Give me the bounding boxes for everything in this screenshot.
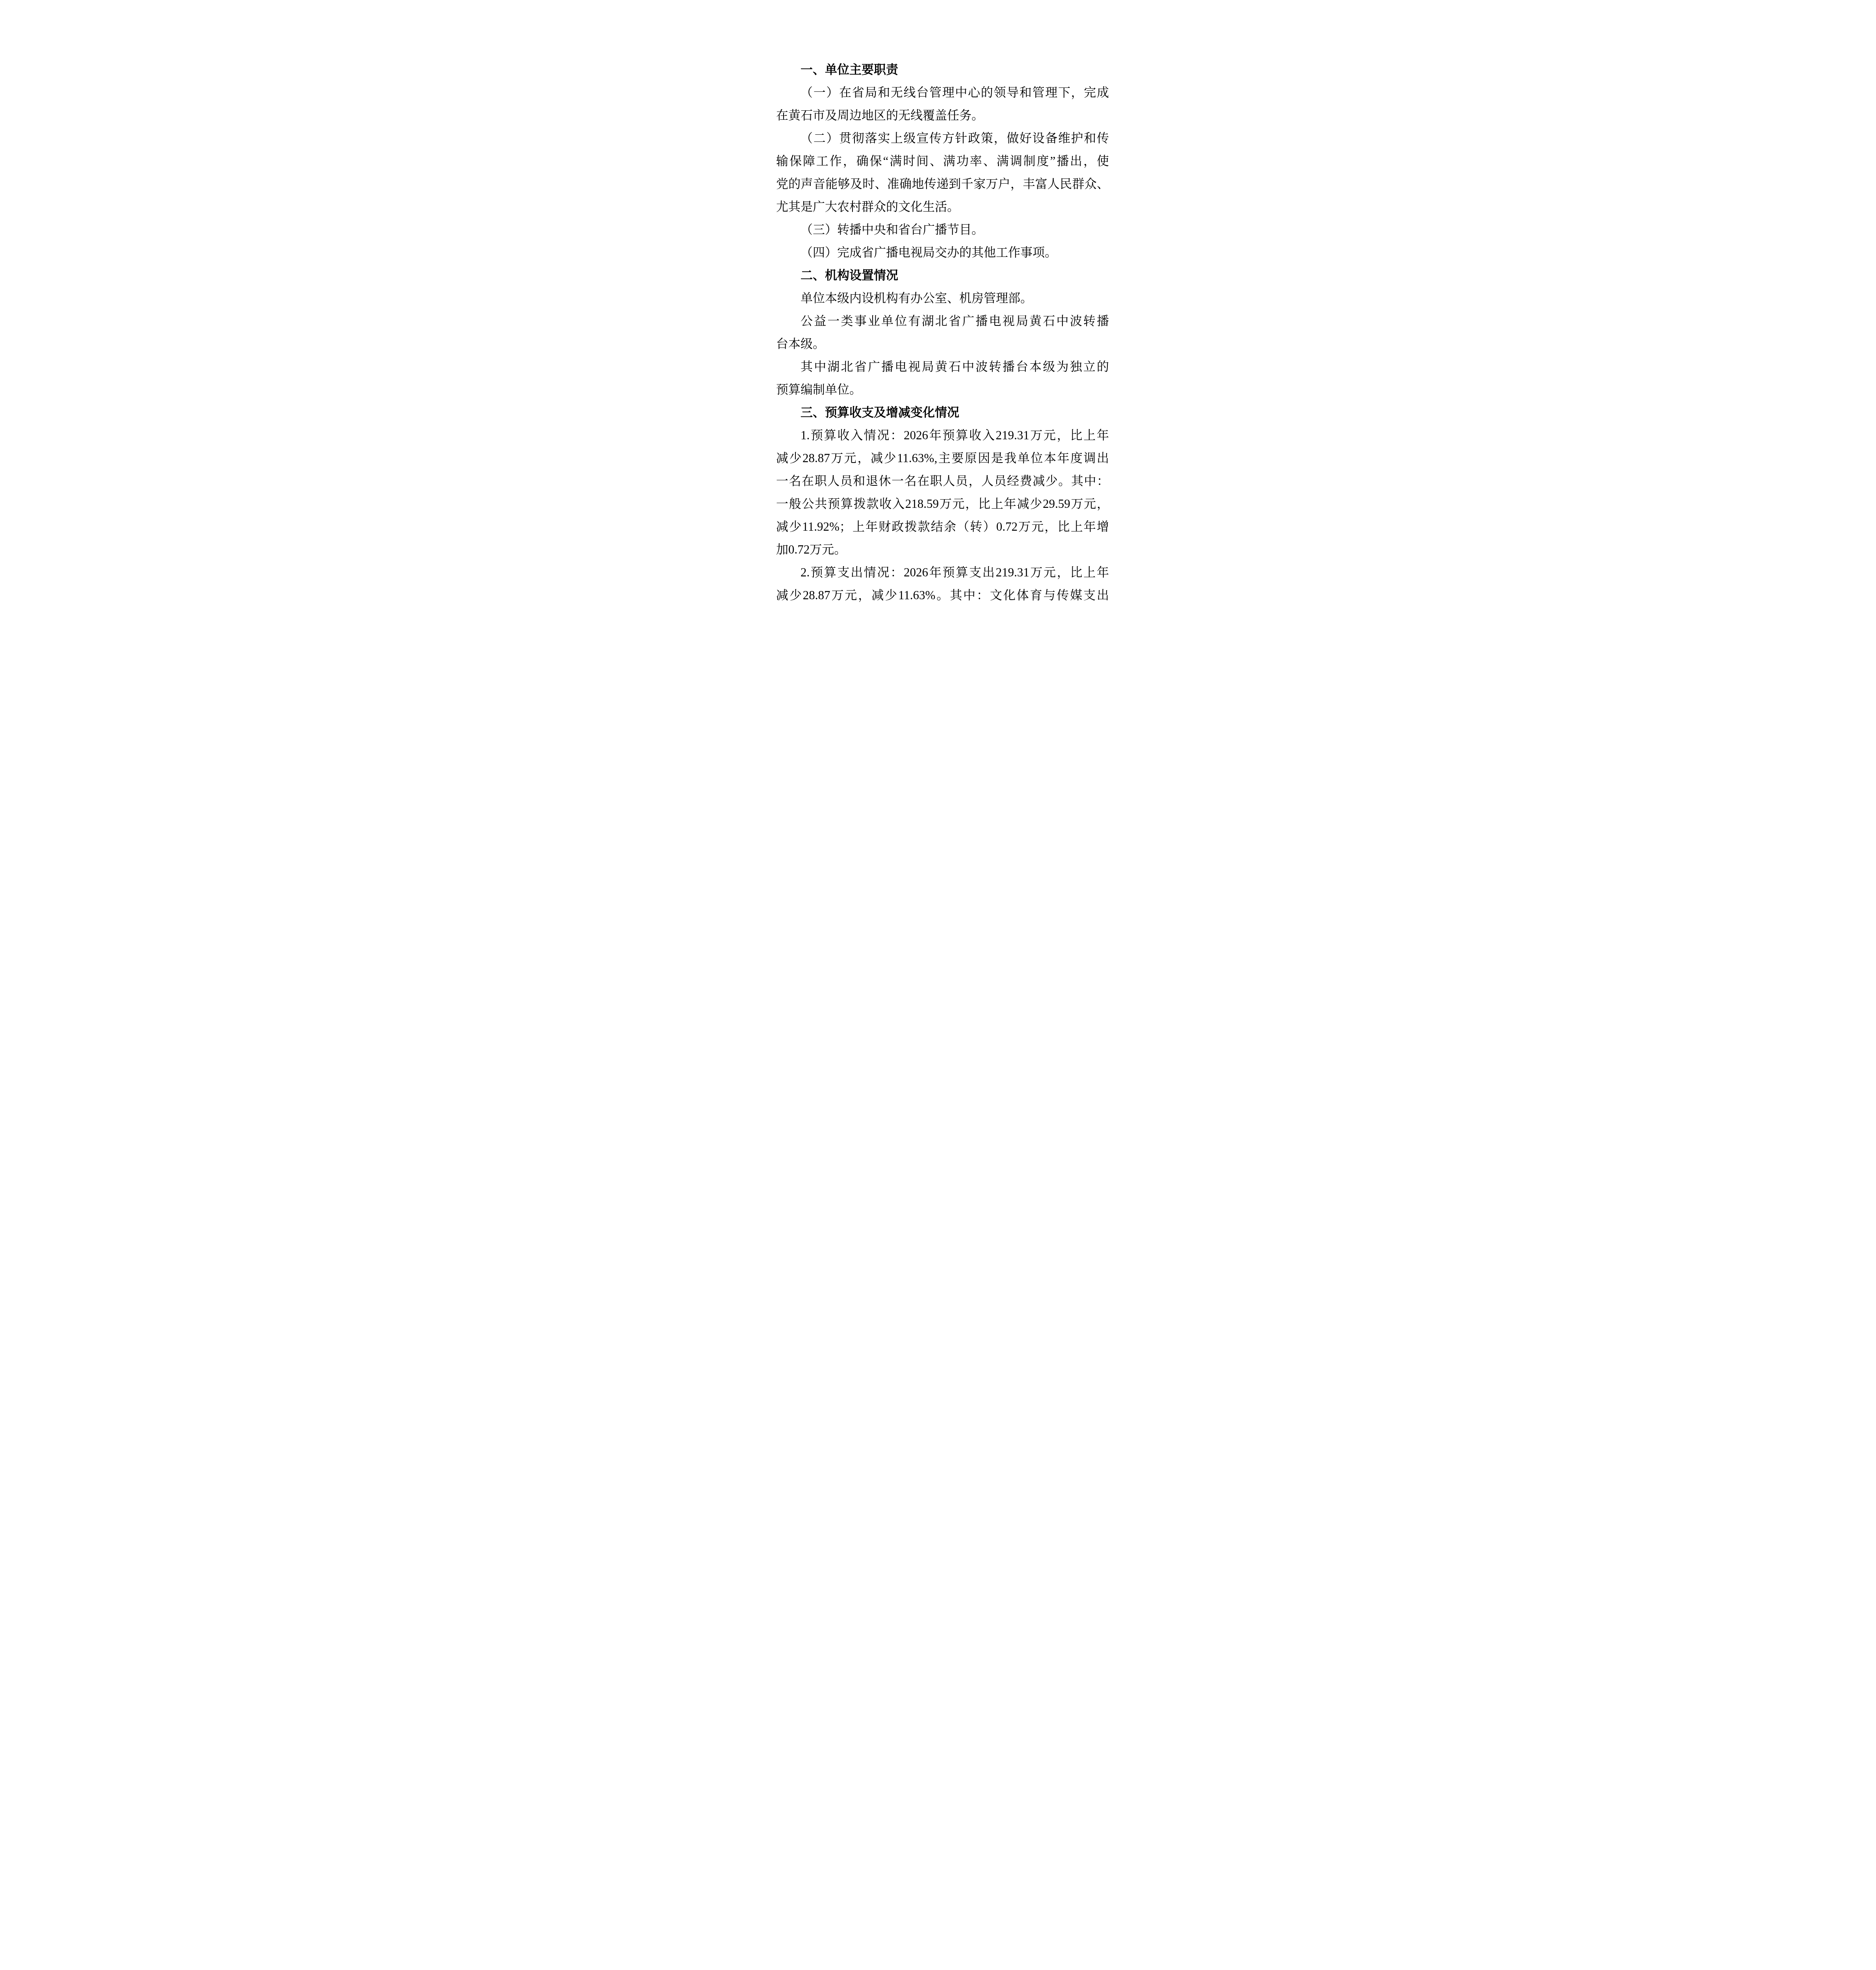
- document-text-line: 减少11.92%；上年财政拨款结余（转）0.72万元，比上年增: [776, 515, 1109, 538]
- document-text-line: 1.预算收入情况：2026年预算收入219.31万元，比上年: [776, 424, 1109, 447]
- document-text-line: （三）转播中央和省台广播节目。: [776, 218, 1109, 241]
- document-text-line: 台本级。: [776, 333, 1109, 355]
- document-text-line: 预算编制单位。: [776, 378, 1109, 401]
- document-text-line: （一）在省局和无线台管理中心的领导和管理下，完成: [776, 81, 1109, 104]
- section-heading-3: 三、预算收支及增减变化情况: [776, 401, 1109, 424]
- document-page: 一、单位主要职责 （一）在省局和无线台管理中心的领导和管理下，完成 在黄石市及周…: [704, 0, 1172, 663]
- section-heading-1: 一、单位主要职责: [776, 58, 1109, 81]
- document-text-line: （二）贯彻落实上级宣传方针政策，做好设备维护和传: [776, 127, 1109, 150]
- document-text-line: 一般公共预算拨款收入218.59万元，比上年减少29.59万元，: [776, 492, 1109, 515]
- document-text-line: 党的声音能够及时、准确地传递到千家万户，丰富人民群众、: [776, 173, 1109, 195]
- section-heading-2: 二、机构设置情况: [776, 264, 1109, 287]
- document-text-line: 在黄石市及周边地区的无线覆盖任务。: [776, 104, 1109, 127]
- document-text-line: 减少28.87万元，减少11.63%,主要原因是我单位本年度调出: [776, 447, 1109, 470]
- document-text-line: 减少28.87万元，减少11.63%。其中：文化体育与传媒支出: [776, 584, 1109, 607]
- document-text-line: 尤其是广大农村群众的文化生活。: [776, 195, 1109, 218]
- document-text-line: 输保障工作，确保“满时间、满功率、满调制度”播出，使: [776, 150, 1109, 173]
- document-text-line: 一名在职人员和退休一名在职人员，人员经费减少。其中：: [776, 470, 1109, 492]
- document-text-line: 加0.72万元。: [776, 538, 1109, 561]
- document-text-line: 单位本级内设机构有办公室、机房管理部。: [776, 287, 1109, 310]
- document-text-line: （四）完成省广播电视局交办的其他工作事项。: [776, 241, 1109, 264]
- document-text-line: 公益一类事业单位有湖北省广播电视局黄石中波转播: [776, 310, 1109, 333]
- document-text-line: 其中湖北省广播电视局黄石中波转播台本级为独立的: [776, 355, 1109, 378]
- document-text-line: 2.预算支出情况：2026年预算支出219.31万元，比上年: [776, 561, 1109, 584]
